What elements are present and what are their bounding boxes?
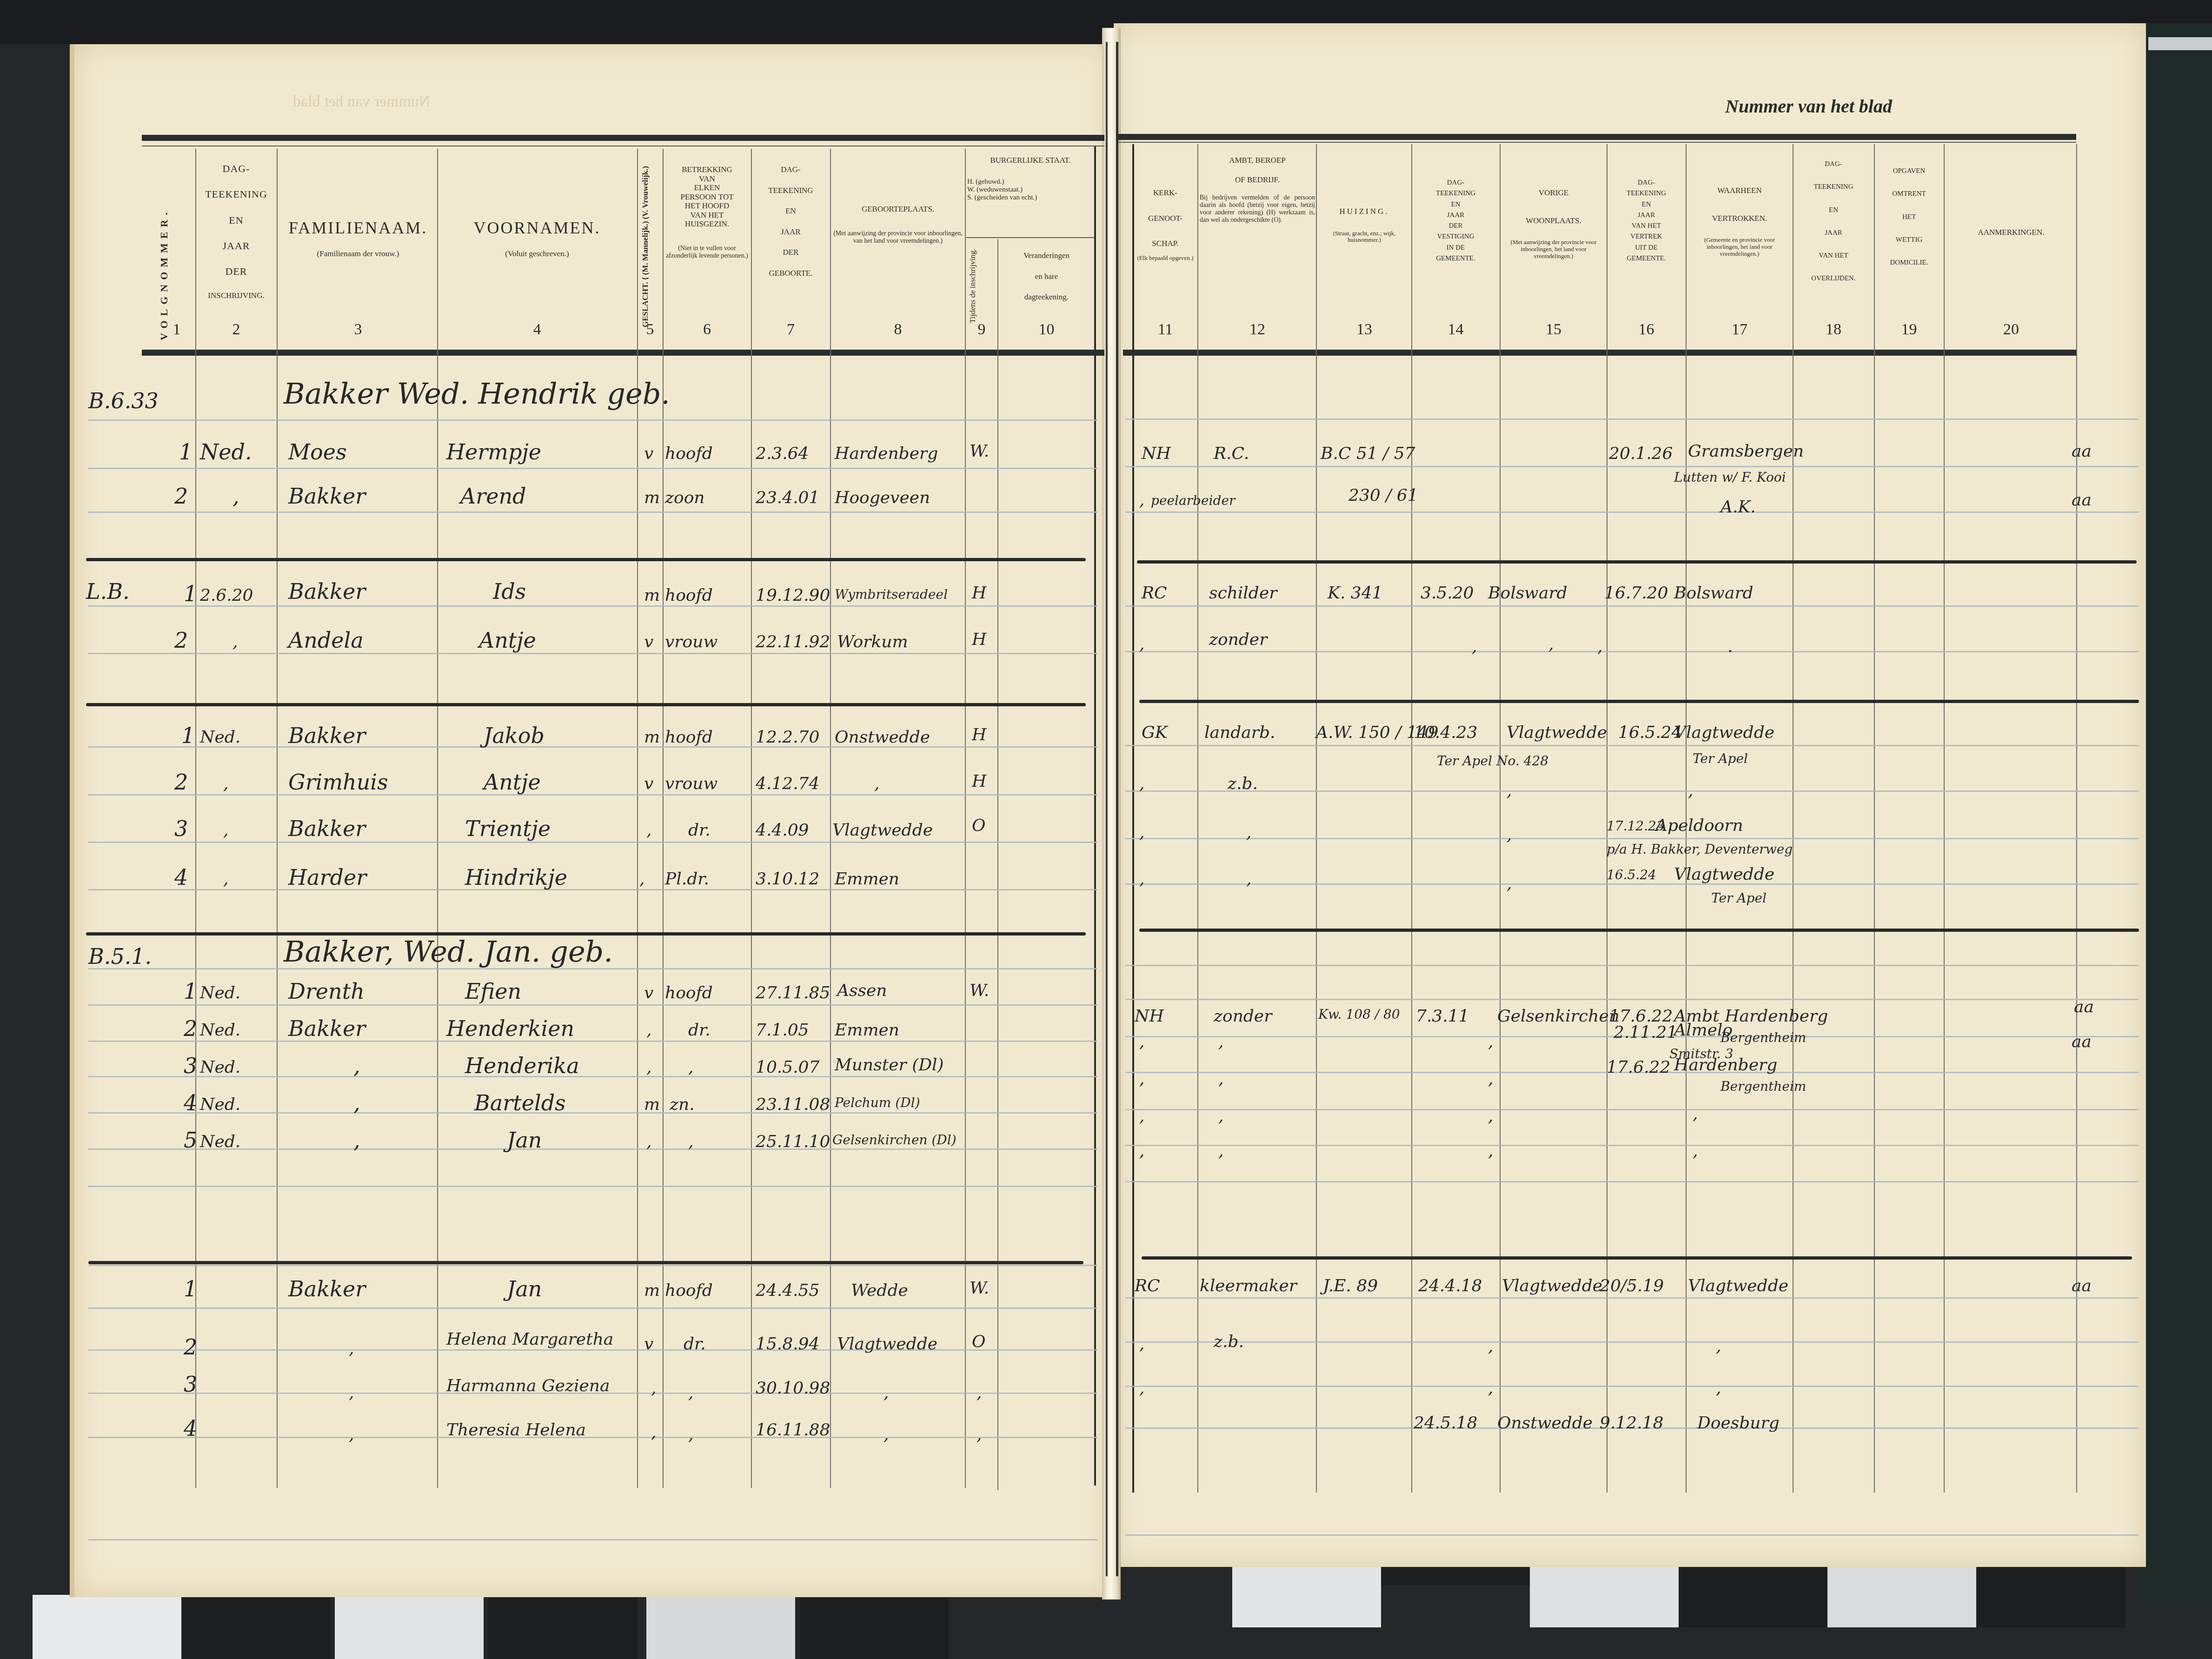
ruling <box>88 468 1097 469</box>
member-geslacht: m <box>644 1281 660 1300</box>
header-top-rule-left <box>142 135 1104 141</box>
member-staat: , <box>976 1425 982 1444</box>
member-betrekking: dr. <box>684 1334 706 1354</box>
calibration-strip-left <box>0 1595 976 1659</box>
member-familienaam: Drenth <box>288 979 365 1004</box>
member-voornamen: Efien <box>465 979 521 1004</box>
member-nr: 1 <box>179 439 193 465</box>
member-staat: O <box>972 816 986 835</box>
member-vertrek: 17.6.22 <box>1607 1058 1670 1077</box>
member-waarheen: Bolsward <box>1674 584 1754 603</box>
household-heading: Bakker Wed. Hendrik geb. <box>284 377 670 411</box>
member-geboorte: 16.11.88 <box>756 1420 830 1440</box>
member-geslacht: , <box>651 1423 656 1442</box>
ruling <box>88 1186 1097 1187</box>
header-c18: DAG-TEEKENINGENJAARVAN HETOVERLIJDEN. <box>1794 160 1873 283</box>
member-waarheen: Gramsbergen <box>1688 442 1804 461</box>
member-voornamen: Hindrikje <box>465 865 567 890</box>
member-betrekking: zn. <box>670 1095 695 1114</box>
header-c3: FAMILIENAAM.(Familienaam der vrouw.) <box>279 219 437 259</box>
member-geslacht: , <box>646 1021 651 1040</box>
col-divider <box>1411 144 1412 1493</box>
ruling <box>1125 651 2139 652</box>
member-huizing: B.C 51 / 57 <box>1321 444 1415 463</box>
ruling <box>88 653 1097 654</box>
member-nr: 2 <box>174 628 188 653</box>
household-separator <box>1142 1256 2132 1260</box>
ruling <box>88 511 1097 513</box>
member-voornamen: Jan <box>507 1276 542 1301</box>
col-divider <box>1500 144 1501 1493</box>
member-inschrijving: , <box>232 484 239 509</box>
member-geboorteplaats: Vlagtwedde <box>837 1334 937 1354</box>
member-geboorte: 23.4.01 <box>756 488 819 507</box>
header-top-rule-right <box>1118 134 2076 140</box>
member-kerk: , <box>1139 1334 1144 1354</box>
ruling <box>88 889 1097 890</box>
member-nr: 2 <box>174 770 188 795</box>
col-divider <box>1316 144 1317 1493</box>
ruling <box>88 1307 1097 1309</box>
ruling <box>1125 1534 2139 1536</box>
colnum-20: 20 <box>1946 321 2076 338</box>
member-voornamen: Henderkien <box>446 1016 574 1041</box>
colnum-19: 19 <box>1875 321 1943 338</box>
ruling <box>1125 418 2139 420</box>
member-vestiging: , <box>1472 637 1477 656</box>
member-staat: H <box>972 584 986 603</box>
colnum-11: 11 <box>1134 321 1197 338</box>
member-aanmerking: aa <box>2072 1032 2092 1051</box>
member-betrekking: Pl.dr. <box>665 869 709 889</box>
member-nr: 3 <box>184 1053 197 1078</box>
header-c16: DAG-TEEKENINGENJAARVAN HETVERTREKUIT DEG… <box>1608 179 1685 263</box>
member-staat: W. <box>970 442 989 461</box>
header-geslacht: GESLACHT. { (M. Mannelijk.) (V. Vrouweli… <box>641 153 650 339</box>
member-kerk: , <box>1139 1107 1144 1126</box>
member-geboorteplaats: Emmen <box>835 869 899 889</box>
member-geslacht: m <box>644 488 660 507</box>
member-huizing: Kw. 108 / 80 <box>1318 1007 1400 1022</box>
ruling <box>1125 1297 2139 1299</box>
member-geboorteplaats: Pelchum (Dl) <box>835 1095 920 1110</box>
member-staat: H <box>972 630 986 649</box>
member-geboorteplaats: Vlagtwedde <box>832 821 933 840</box>
col-divider <box>830 149 831 1488</box>
member-inschrijving: Ned. <box>200 1021 240 1040</box>
col-divider <box>751 149 752 1488</box>
header-burgerlijke-staat: BURGERLIJKE STAAT. H. (gehuwd.) W. (wedu… <box>967 156 1094 202</box>
member-waarheen-extra: Lutten w/ F. Kooi <box>1674 470 1786 485</box>
member-inschrijving: Ned. <box>200 1132 240 1151</box>
member-vorige: Vlagtwedde <box>1502 1276 1602 1295</box>
member-beroep: kleermaker <box>1200 1276 1297 1295</box>
member-nr: 4 <box>174 865 188 890</box>
member-betrekking: hoofd <box>665 444 713 463</box>
member-familienaam: Andela <box>288 628 364 653</box>
col-divider <box>965 149 966 1488</box>
member-vorige: Vlagtwedde <box>1507 723 1607 742</box>
member-nr: 4 <box>184 1416 197 1441</box>
member-kerk: , <box>1139 491 1144 510</box>
member-kerk: RC <box>1135 1276 1160 1295</box>
member-geslacht: m <box>644 1095 660 1114</box>
header-c10: Veranderingenen haredagteekening. <box>999 251 1094 302</box>
member-geboorte: 7.1.05 <box>756 1021 809 1040</box>
member-vorige: , <box>1548 635 1554 654</box>
member-betrekking: , <box>688 1058 693 1077</box>
member-familienaam: , <box>353 1090 360 1115</box>
member-waarheen-extra: Ter Apel <box>1693 751 1748 766</box>
member-vertrek: 9.12.18 <box>1600 1413 1663 1433</box>
header-c17: WAARHEENVERTROKKEN.(Gemeente en provinci… <box>1688 186 1791 258</box>
member-beroep: , <box>1246 869 1251 889</box>
member-nr: 1 <box>181 723 195 748</box>
member-kerk: , <box>1139 635 1144 654</box>
member-betrekking: dr. <box>688 821 711 840</box>
col-divider <box>277 149 278 1488</box>
member-geboorte: 3.10.12 <box>756 869 819 889</box>
colnum-18: 18 <box>1794 321 1873 338</box>
member-geboorteplaats: Hardenberg <box>835 444 938 463</box>
colnum-8: 8 <box>832 321 963 338</box>
household-ref: B.5.1. <box>88 944 152 969</box>
ruling <box>88 1041 1097 1042</box>
member-inschrijving: , <box>223 774 228 793</box>
member-betrekking: dr. <box>688 1021 711 1040</box>
member-familienaam: , <box>349 1425 354 1444</box>
member-inschrijving: Ned. <box>200 983 240 1002</box>
member-betrekking: , <box>688 1132 693 1151</box>
member-beroep: , <box>1218 1107 1223 1126</box>
ruling <box>1125 1386 2139 1387</box>
colnum-6: 6 <box>664 321 750 338</box>
member-geslacht: v <box>644 444 653 463</box>
member-beroep: , <box>1218 1141 1223 1161</box>
member-nr: 1 <box>184 1276 197 1301</box>
header-c19: OPGAVENOMTRENTHETWETTIGDOMICILIE. <box>1875 167 1943 267</box>
ruling <box>1125 838 2139 839</box>
colnum-14: 14 <box>1413 321 1499 338</box>
member-voornamen: Jan <box>507 1128 542 1153</box>
header-c13: HUIZING.(Straat, gracht, enz.; wijk, hui… <box>1318 207 1410 244</box>
member-familienaam: , <box>349 1383 354 1402</box>
member-beroep: , <box>1246 823 1251 842</box>
member-voornamen: Hermpje <box>446 439 541 465</box>
member-familienaam: Harder <box>288 865 366 890</box>
col-divider <box>663 149 664 1488</box>
member-beroep: , <box>1218 1032 1223 1051</box>
member-nr: 2 <box>184 1016 197 1041</box>
household-separator <box>1137 560 2137 564</box>
member-vorige: , <box>1488 1069 1493 1088</box>
header-top-thin-right <box>1118 142 2076 143</box>
header-c8: GEBOORTEPLAATS.(Met aanwijzing der provi… <box>832 205 963 245</box>
member-staat: W. <box>970 1279 989 1298</box>
header-c7: DAG-TEEKENINGENJAARDERGEBOORTE. <box>752 165 829 278</box>
member-vertrek: 20.1.26 <box>1609 444 1673 463</box>
household-separator <box>86 558 1086 561</box>
member-kerk: RC <box>1142 584 1167 603</box>
member-vestiging: , <box>1507 781 1512 800</box>
member-geboorte: 2.3.64 <box>756 444 809 463</box>
ruling <box>1125 790 2139 792</box>
member-inschrijving: , <box>223 821 228 840</box>
member-familienaam: Bakker <box>288 1016 365 1041</box>
book-cover-right <box>2139 23 2212 1604</box>
member-kerk: , <box>1139 1069 1144 1088</box>
member-betrekking: hoofd <box>665 1281 713 1300</box>
member-beroep: peelarbeider <box>1151 493 1235 508</box>
col-divider <box>1094 146 1096 1486</box>
member-beroep: schilder <box>1209 584 1277 603</box>
member-vorige: , <box>1488 1032 1493 1051</box>
member-waarheen-extra: Bergentheim <box>1720 1079 1806 1094</box>
member-geboorte: 10.5.07 <box>756 1058 819 1077</box>
member-vorige: Bolsward <box>1488 584 1568 603</box>
member-waarheen: A.K. <box>1720 498 1756 517</box>
member-nr: 2 <box>184 1334 197 1360</box>
member-waarheen: , <box>1693 1104 1698 1123</box>
member-staat: W. <box>970 981 989 1000</box>
colnum-15: 15 <box>1502 321 1605 338</box>
member-geboorteplaats: Gelsenkirchen (Dl) <box>832 1132 957 1148</box>
ruling <box>1125 1145 2139 1146</box>
member-kerk: GK <box>1142 723 1168 742</box>
ruling <box>88 842 1097 843</box>
header-top-thin-left <box>142 146 1104 146</box>
member-inschrijving: Ned. <box>200 1058 240 1077</box>
ruling <box>88 605 1097 607</box>
household-ref: B.6.33 <box>88 388 159 413</box>
member-geslacht: , <box>639 869 644 889</box>
header-bottom-rule-left <box>142 350 1104 356</box>
member-voornamen: Henderika <box>465 1053 579 1078</box>
member-staat: O <box>972 1332 986 1351</box>
member-vestiging: 24.5.18 <box>1414 1413 1477 1433</box>
member-nr: 3 <box>174 816 188 841</box>
header-c12: AMBT, BEROEPOF BEDRIJF. Bij bedrijven ve… <box>1200 156 1315 224</box>
member-voornamen: Harmanna Geziena <box>446 1376 610 1395</box>
member-vestiging: 10.4.23 <box>1414 723 1477 742</box>
member-geslacht: v <box>644 1334 653 1354</box>
header-c15: VORIGEWOONPLAATS.(Met aanwijzing der pro… <box>1502 188 1605 260</box>
member-kerk: , <box>1139 1032 1144 1051</box>
member-vestiging: 3.5.20 <box>1421 584 1474 603</box>
member-inschrijving: Ned. <box>200 439 252 465</box>
member-inschrijving: Ned. <box>200 1095 240 1114</box>
member-vorige: Gelsenkirchen <box>1497 1007 1620 1026</box>
member-waarheen-extra: p/a H. Bakker, Deventerweg <box>1607 842 1793 857</box>
member-geslacht: , <box>646 1058 651 1077</box>
household-separator <box>86 703 1086 706</box>
member-geboorte: 4.12.74 <box>756 774 819 793</box>
ruling <box>88 1265 1097 1266</box>
member-geboorte: 4.4.09 <box>756 821 809 840</box>
header-c6: BETREKKINGVANELKENPERSOON TOTHET HOOFDVA… <box>664 165 750 260</box>
ruling <box>1125 1181 2139 1182</box>
member-voornamen: Bartelds <box>474 1090 566 1115</box>
member-geslacht: , <box>651 1379 656 1398</box>
ruling <box>1125 511 2139 513</box>
member-nr: 3 <box>184 1372 197 1397</box>
member-vorige: Onstwedde <box>1497 1413 1593 1433</box>
col-divider <box>1793 144 1794 1493</box>
member-vertrek: , <box>1688 781 1693 800</box>
member-huizing: K. 341 <box>1328 584 1383 603</box>
show-through-text: Nummer van het blad <box>293 93 431 111</box>
member-voornamen: Antje <box>479 628 536 653</box>
col-divider <box>1197 144 1198 1493</box>
member-kerk: NH <box>1135 1007 1164 1026</box>
member-vertrek: , <box>1597 637 1602 656</box>
header-c14: DAG-TEEKENINGENJAARDERVESTIGINGIN DEGEME… <box>1413 179 1499 263</box>
member-staat: , <box>976 1383 982 1402</box>
household-separator <box>1139 700 2139 703</box>
member-waarheen: Doesburg <box>1697 1413 1780 1433</box>
member-betrekking: hoofd <box>665 728 713 747</box>
colnum-2: 2 <box>197 321 276 338</box>
member-vestiging: 7.3.11 <box>1416 1007 1469 1026</box>
member-geboorte: 19.12.90 <box>756 586 830 605</box>
member-vorige-extra: Ter Apel No. 428 <box>1437 753 1548 769</box>
colnum-3: 3 <box>279 321 437 338</box>
household-separator <box>88 1261 1083 1264</box>
colnum-1: 1 <box>158 321 195 338</box>
household-heading: Bakker, Wed. Jan. geb. <box>284 935 613 969</box>
member-inschrijving: Ned. <box>200 728 240 747</box>
member-waarheen: , <box>1716 1337 1721 1356</box>
member-geslacht: , <box>646 1132 651 1151</box>
member-betrekking: , <box>688 1383 693 1402</box>
member-voornamen: Trientje <box>465 816 551 841</box>
member-voornamen: Ids <box>493 579 526 604</box>
member-waarheen: Hardenberg <box>1674 1055 1777 1075</box>
member-staat: H <box>972 725 986 744</box>
member-familienaam: , <box>353 1128 360 1153</box>
member-vorige: , <box>1488 1107 1493 1126</box>
member-vertrek: 16.7.20 <box>1604 584 1668 603</box>
colnum-16: 16 <box>1608 321 1685 338</box>
header-bottom-rule-right <box>1123 350 2076 356</box>
member-nr: 4 <box>184 1090 197 1115</box>
member-vestiging: , <box>1507 874 1512 893</box>
member-waarheen: , <box>1716 1379 1721 1398</box>
member-familienaam: Bakker <box>288 816 365 841</box>
member-vorige: , <box>1488 1141 1493 1161</box>
member-geboorte: 12.2.70 <box>756 728 819 747</box>
member-waarheen: Vlagtwedde <box>1674 723 1774 742</box>
ruling <box>88 1539 1097 1540</box>
ruling <box>1125 1109 2139 1110</box>
member-familienaam: Bakker <box>288 484 365 509</box>
member-betrekking: , <box>688 1425 693 1444</box>
member-vorige: , <box>1488 1379 1493 1398</box>
member-geslacht: v <box>644 632 653 651</box>
member-waarheen-extra: Ter Apel <box>1711 890 1767 906</box>
member-nr: 1 <box>184 979 197 1004</box>
member-beroep: , <box>1218 1069 1223 1088</box>
cover-strip <box>2148 37 2212 50</box>
member-geboorte: 23.11.08 <box>756 1095 830 1114</box>
ruling <box>1125 605 2139 607</box>
member-geboorte: 25.11.10 <box>756 1132 830 1151</box>
member-familienaam: , <box>349 1339 354 1358</box>
header-c4: VOORNAMEN.(Voluit geschreven.) <box>439 219 635 259</box>
member-waarheen: Apeldoorn <box>1655 816 1743 835</box>
col-divider <box>1874 144 1875 1493</box>
colnum-10: 10 <box>999 321 1094 338</box>
member-geboorteplaats: Onstwedde <box>835 728 930 747</box>
member-geslacht: m <box>644 728 660 747</box>
header-c9: Tijdens de inschrijving. <box>968 244 996 328</box>
member-familienaam: Moes <box>288 439 347 465</box>
member-vertrek: 16.5.24 <box>1607 867 1656 883</box>
member-betrekking: zoon <box>665 488 705 507</box>
member-nr: 2 <box>174 484 188 509</box>
member-geboorte: 15.8.94 <box>756 1334 819 1354</box>
household-ref: L.B. <box>86 579 130 604</box>
member-voornamen: Helena Margaretha <box>446 1330 613 1349</box>
member-beroep: z.b. <box>1228 774 1258 793</box>
member-geslacht: m <box>644 586 660 605</box>
member-kerk: , <box>1139 774 1144 793</box>
member-familienaam: Bakker <box>288 579 365 604</box>
member-vorige: , <box>1488 1337 1493 1356</box>
colnum-17: 17 <box>1688 321 1791 338</box>
member-geboorteplaats: Wedde <box>851 1281 908 1300</box>
member-aanmerking: aa <box>2072 491 2092 510</box>
member-huizing: 230 / 61 <box>1348 486 1418 505</box>
colnum-4: 4 <box>439 321 635 338</box>
member-waarheen-extra: Bergentheim <box>1720 1030 1806 1045</box>
member-voornamen: Theresia Helena <box>446 1420 586 1440</box>
member-kerk: , <box>1139 1141 1144 1161</box>
member-geboorteplaats: Assen <box>837 981 887 1000</box>
member-beroep: landarb. <box>1204 723 1275 742</box>
member-kerk: , <box>1139 823 1144 842</box>
ruling <box>88 1349 1097 1351</box>
member-vertrek: 2.11.21 <box>1614 1023 1677 1042</box>
member-voornamen: Jakob <box>484 723 545 748</box>
member-vertrek: 16.5.24 <box>1618 723 1682 742</box>
header-c11: KERK-GENOOT-SCHAP. (Elk bepaald opgeven.… <box>1134 188 1197 262</box>
member-beroep: zonder <box>1209 630 1267 649</box>
member-geboorteplaats: , <box>883 1383 889 1402</box>
member-waarheen: . <box>1727 637 1733 656</box>
colnum-13: 13 <box>1318 321 1410 338</box>
member-geslacht: v <box>644 983 653 1002</box>
header-c20: AANMERKINGEN. <box>1946 228 2076 237</box>
ruling <box>1125 466 2139 467</box>
member-huizing: J.E. 89 <box>1323 1276 1378 1295</box>
member-vestiging: 24.4.18 <box>1418 1276 1482 1295</box>
colnum-9: 9 <box>966 321 997 338</box>
member-familienaam: , <box>353 1053 360 1078</box>
book-gutter <box>1102 28 1121 1599</box>
member-geboorteplaats: Emmen <box>835 1021 899 1040</box>
member-aanmerking: aa <box>2072 442 2092 461</box>
member-voornamen: Antje <box>484 770 541 795</box>
colnum-12: 12 <box>1200 321 1315 338</box>
member-nr: 5 <box>184 1128 197 1153</box>
member-geboorte: 30.10.98 <box>756 1379 830 1398</box>
member-kerk: , <box>1139 869 1144 889</box>
ruling <box>1125 999 2139 1000</box>
col-divider <box>1132 144 1134 1493</box>
member-voornamen: Arend <box>460 484 526 509</box>
colnum-7: 7 <box>752 321 829 338</box>
